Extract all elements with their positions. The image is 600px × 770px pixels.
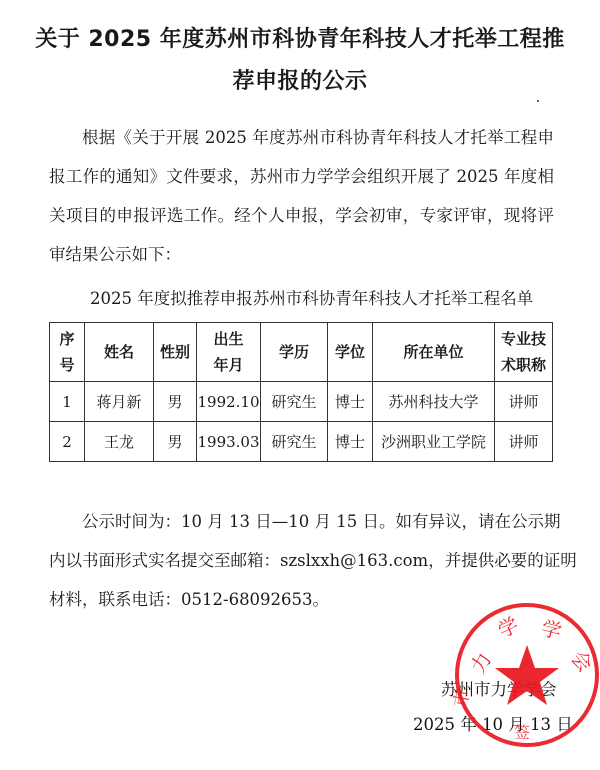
cell-seq: 2 xyxy=(50,422,85,462)
header-birth: 出生年月 xyxy=(197,323,261,382)
intro-line: 根据《关于开展 2025 年度苏州市科协青年科技人才托举工程申 xyxy=(49,118,554,157)
cell-gender: 男 xyxy=(154,422,197,462)
cell-birth: 1992.10 xyxy=(197,382,261,422)
svg-text:学: 学 xyxy=(539,616,565,644)
svg-text:市: 市 xyxy=(452,687,474,708)
table-header-row: 序号 姓名 性别 出生年月 学历 学位 所在单位 专业技术职称 xyxy=(50,323,553,382)
header-employer: 所在单位 xyxy=(373,323,495,382)
cell-name: 蒋月新 xyxy=(85,382,154,422)
cell-education: 研究生 xyxy=(261,382,328,422)
header-degree: 学位 xyxy=(328,323,373,382)
cell-degree: 博士 xyxy=(328,422,373,462)
svg-text:学: 学 xyxy=(494,612,522,642)
header-title: 专业技术职称 xyxy=(495,323,553,382)
intro-line: 关项目的申报评选工作。经个人申报，学会初审，专家评审，现将评 xyxy=(49,196,554,235)
table-row: 2 王龙 男 1993.03 研究生 博士 沙洲职业工学院 讲师 xyxy=(50,422,553,462)
table-caption: 2025 年度拟推荐申报苏州市科协青年科技人才托举工程名单 xyxy=(90,285,560,309)
nominee-table: 序号 姓名 性别 出生年月 学历 学位 所在单位 专业技术职称 1 蒋月新 男 … xyxy=(49,322,553,462)
official-seal-icon: 力 学 学 会 市 签 xyxy=(452,600,600,750)
cell-title: 讲师 xyxy=(495,382,553,422)
cell-employer: 苏州科技大学 xyxy=(373,382,495,422)
notice-line: 公示时间为：10 月 13 日—10 月 15 日。如有异议，请在公示期 xyxy=(49,502,554,541)
cell-title: 讲师 xyxy=(495,422,553,462)
svg-text:力: 力 xyxy=(466,648,497,677)
cell-degree: 博士 xyxy=(328,382,373,422)
cell-birth: 1993.03 xyxy=(197,422,261,462)
intro-line: 审结果公示如下： xyxy=(49,235,554,274)
notice-line: 内以书面形式实名提交至邮箱：szslxxh@163.com，并提供必要的证明 xyxy=(49,541,554,580)
document-title-line-2: 荐申报的公示 xyxy=(0,64,600,95)
header-education: 学历 xyxy=(261,323,328,382)
svg-text:签: 签 xyxy=(514,723,530,742)
intro-paragraph: 根据《关于开展 2025 年度苏州市科协青年科技人才托举工程申 报工作的通知》文… xyxy=(49,118,554,274)
intro-line: 报工作的通知》文件要求，苏州市力学学会组织开展了 2025 年度相 xyxy=(49,157,554,196)
cell-name: 王龙 xyxy=(85,422,154,462)
cell-gender: 男 xyxy=(154,382,197,422)
table-row: 1 蒋月新 男 1992.10 研究生 博士 苏州科技大学 讲师 xyxy=(50,382,553,422)
header-name: 姓名 xyxy=(85,323,154,382)
cell-employer: 沙洲职业工学院 xyxy=(373,422,495,462)
cell-seq: 1 xyxy=(50,382,85,422)
document-title-line-1: 关于 2025 年度苏州市科协青年科技人才托举工程推 xyxy=(0,22,600,53)
header-seq: 序号 xyxy=(50,323,85,382)
header-gender: 性别 xyxy=(154,323,197,382)
cell-education: 研究生 xyxy=(261,422,328,462)
scan-speck xyxy=(537,100,539,102)
